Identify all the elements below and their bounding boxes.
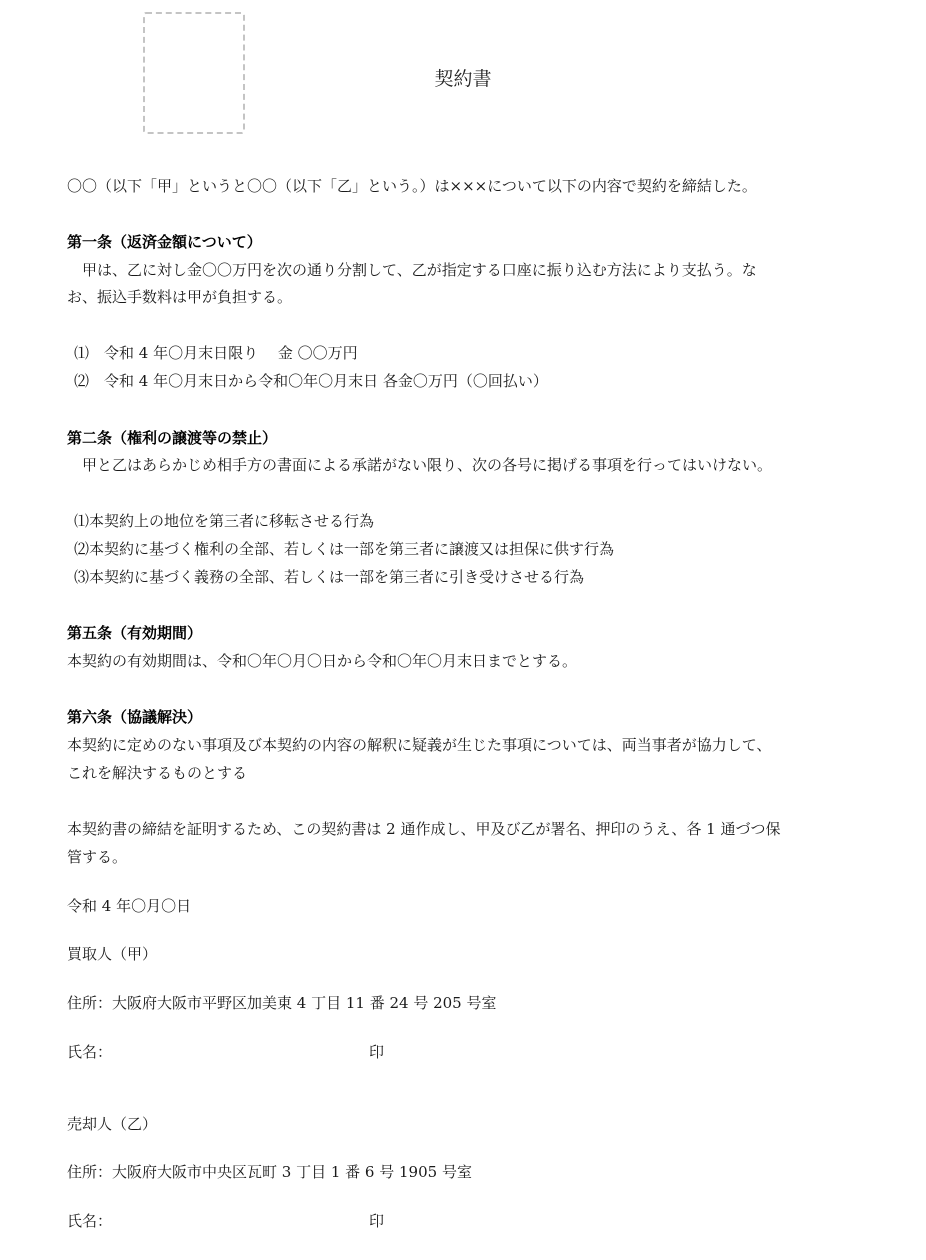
party-b-role: 売却人（乙） xyxy=(67,1114,157,1134)
article-2-item-1: ⑴本契約上の地位を第三者に移転させる行為 xyxy=(74,511,374,531)
article-6-heading: 第六条（協議解決） xyxy=(67,707,202,727)
article-2-body-line-1: 甲と乙はあらかじめ相手方の書面による承諾がない限り、次の各号に掲げる事項を行って… xyxy=(67,455,772,475)
article-1-body-line-2: お、振込手数料は甲が負担する。 xyxy=(67,287,292,307)
article-1-item-1: ⑴ 令和 4 年〇月末日限り 金 〇〇万円 xyxy=(74,343,358,363)
article-5-body-line-1: 本契約の有効期間は、令和〇年〇月〇日から令和〇年〇月末日までとする。 xyxy=(67,651,577,671)
article-6-body-line-2: これを解決するものとする xyxy=(67,763,247,783)
party-a-role: 買取人（甲） xyxy=(67,944,157,964)
closing-line-1: 本契約書の締結を証明するため、この契約書は 2 通作成し、甲及び乙が署名、押印の… xyxy=(67,819,780,839)
article-1-item-2: ⑵ 令和 4 年〇月末日から令和〇年〇月末日 各金〇万円（〇回払い） xyxy=(74,371,548,391)
party-a-name-label: 氏名： xyxy=(67,1042,112,1062)
party-b-seal-mark: 印 xyxy=(369,1211,384,1231)
article-6-body-line-1: 本契約に定めのない事項及び本契約の内容の解釈に疑義が生じた事項については、両当事… xyxy=(67,735,771,755)
closing-line-2: 管する。 xyxy=(67,847,127,867)
intro-paragraph: 〇〇（以下「甲」というと〇〇（以下「乙」という。）は×××について以下の内容で契… xyxy=(67,176,757,196)
party-b-address: 住所：大阪府大阪市中央区瓦町 3 丁目 1 番 6 号 1905 号室 xyxy=(67,1162,472,1182)
article-5-heading: 第五条（有効期間） xyxy=(67,623,202,643)
article-2-item-3: ⑶本契約に基づく義務の全部、若しくは一部を第三者に引き受けさせる行為 xyxy=(74,567,584,587)
party-b-name-label: 氏名： xyxy=(67,1211,112,1231)
article-2-heading: 第二条（権利の譲渡等の禁止） xyxy=(67,428,277,448)
article-2-item-2: ⑵本契約に基づく権利の全部、若しくは一部を第三者に譲渡又は担保に供す行為 xyxy=(74,539,614,559)
article-1-body-line-1: 甲は、乙に対し金〇〇万円を次の通り分割して、乙が指定する口座に振り込む方法により… xyxy=(67,260,757,280)
party-a-seal-mark: 印 xyxy=(369,1042,384,1062)
contract-date: 令和 4 年〇月〇日 xyxy=(67,896,191,916)
document-title-text: 契約書 xyxy=(434,64,491,91)
article-1-heading: 第一条（返済金額について） xyxy=(67,232,262,252)
party-a-address: 住所：大阪府大阪市平野区加美東 4 丁目 11 番 24 号 205 号室 xyxy=(67,993,497,1013)
document-title: 契約書 xyxy=(0,64,926,91)
